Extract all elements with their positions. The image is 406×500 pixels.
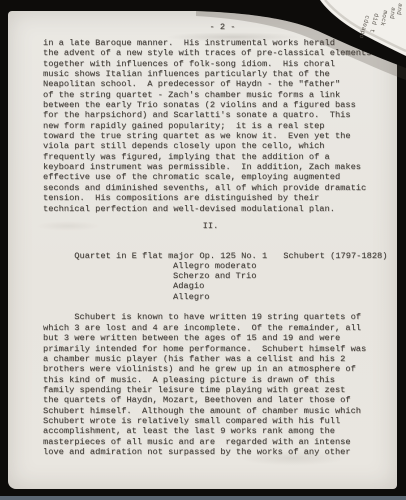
section-heading: II.: [43, 221, 378, 231]
scanner-bed-strip: [0, 496, 406, 500]
text-line: this kind of music. A pleasing picture i…: [43, 375, 378, 385]
text-line: of the string quartet - Zach's chamber m…: [43, 90, 378, 100]
text-line: technical perfection and well-devised mo…: [43, 204, 378, 214]
text-line: music shows Italian influences particula…: [43, 69, 378, 79]
text-line: new form rapidly gained popularity; it i…: [43, 121, 378, 131]
text-line: but 3 were written between the ages of 1…: [43, 333, 378, 343]
text-line: the quartets of Haydn, Mozart, Beethoven…: [43, 395, 378, 405]
text-line: Schubert is known to have written 19 str…: [43, 312, 378, 322]
text-line: in a late Baroque manner. His instrument…: [43, 38, 378, 48]
movement-list: Allegro moderato Scherzo and Trio Adagio…: [173, 261, 378, 302]
text-line: between the early Trio sonatas (2 violin…: [43, 100, 378, 110]
text-line: accomplishment, at least the last 9 work…: [43, 426, 378, 436]
text-line: for the harpsichord) and Scarlatti's son…: [43, 110, 378, 120]
program-line: Quartet in E flat major Op. 125 No. 1Sch…: [43, 241, 378, 251]
text-line: the advent of a new style with traces of…: [43, 48, 378, 58]
text-line: together with influences of folk-song id…: [43, 59, 378, 69]
text-line: frequently was figured, implying that th…: [43, 152, 378, 162]
paragraph-1: in a late Baroque manner. His instrument…: [43, 38, 378, 214]
text-line: Schubert himself. Although the amount of…: [43, 406, 378, 416]
text-line: primarily intended for home performance.…: [43, 344, 378, 354]
movement-item: Scherzo and Trio: [173, 271, 378, 281]
page-number: - 2 -: [8, 22, 397, 32]
text-line: family spending their leisure time playi…: [43, 385, 378, 395]
movement-item: Allegro moderato: [173, 261, 378, 271]
text-line: masterpieces of all music and are regard…: [43, 437, 378, 447]
text-line: seconds and diminished sevenths, all of …: [43, 183, 378, 193]
text-line: Neapolitan school. A predecessor of Hayd…: [43, 79, 378, 89]
movement-item: Adagio: [173, 281, 378, 291]
text-line: Schubert wrote is relatively small compa…: [43, 416, 378, 426]
text-line: toward the true string quartet as we kno…: [43, 131, 378, 141]
movement-item: Allegro: [173, 292, 378, 302]
work-title: Quartet in E flat major Op. 125 No. 1: [74, 251, 267, 261]
text-line: tension. His compositions are distinguis…: [43, 193, 378, 203]
text-line: brothers were violinists) and he grew up…: [43, 364, 378, 374]
document-page: - 2 - in a late Baroque manner. His inst…: [8, 11, 397, 489]
text-column: in a late Baroque manner. His instrument…: [43, 38, 378, 457]
text-line: a chamber music player (his father was a…: [43, 354, 378, 364]
text-line: effective use of the chromatic scale, em…: [43, 172, 378, 182]
text-line: viola part still depends closely upon th…: [43, 141, 378, 151]
text-line: love and admiration not surpassed by the…: [43, 447, 378, 457]
text-line: keyboard instrument was permissible. In …: [43, 162, 378, 172]
paragraph-2: Schubert is known to have written 19 str…: [43, 312, 378, 457]
text-line: which 3 are lost and 4 are incomplete. O…: [43, 323, 378, 333]
composer-name: Schubert (1797-1828): [283, 251, 387, 261]
